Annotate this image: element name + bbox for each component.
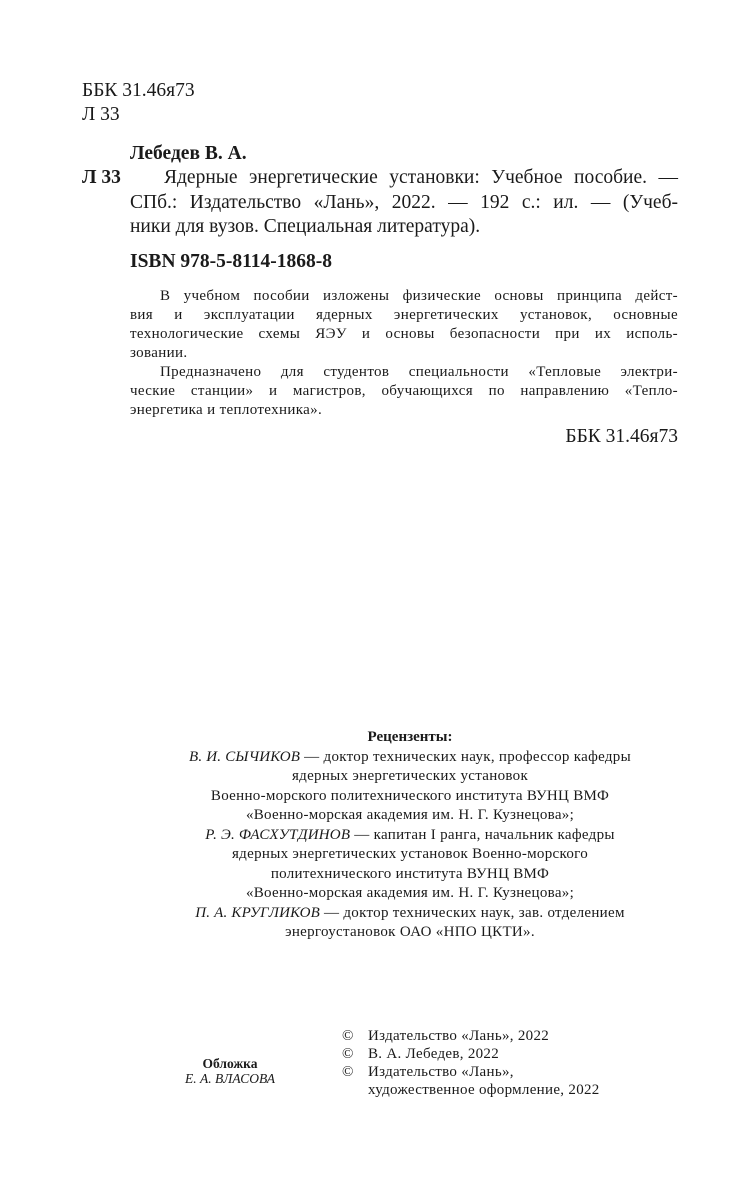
copyright-continuation: художественное оформление, 2022 (342, 1081, 600, 1099)
reviewer-line: ядерных энергетических установок (120, 767, 700, 787)
annotation-line: ческие станции» и магистров, обучающихся… (130, 382, 678, 401)
annotation-line: вия и эксплуатации ядерных энергетически… (130, 306, 678, 325)
biblio-line: Ядерные энергетические установки: Учебно… (130, 166, 678, 191)
isbn: ISBN 978-5-8114-1868-8 (130, 250, 332, 274)
reviewer-line: ядерных энергетических установок Военно-… (120, 845, 700, 865)
reviewer-title: — доктор технических наук, профессор каф… (300, 749, 631, 765)
biblio-line: ники для вузов. Специальная литература). (130, 215, 678, 240)
author-name: Лебедев В. А. (130, 142, 247, 166)
reviewer-line: «Военно-морская академия им. Н. Г. Кузне… (120, 884, 700, 904)
reviewer-title: — капитан I ранга, начальник кафедры (350, 827, 615, 843)
annotation-line: энергетика и теплотехника». (130, 401, 678, 420)
annotation-line: технологические схемы ЯЭУ и основы безоп… (130, 325, 678, 344)
reviewer-name: В. И. СЫЧИКОВ (189, 749, 300, 765)
reviewer-name: Р. Э. ФАСХУТДИНОВ (205, 827, 350, 843)
reviewer-title: — доктор технических наук, зав. отделени… (320, 905, 625, 921)
copyright-line: ©Издательство «Лань», 2022 (342, 1027, 600, 1045)
annotation-line: В учебном пособии изложены физические ос… (130, 287, 678, 306)
bbk-classification-bottom: ББК 31.46я73 (565, 425, 678, 449)
reviewer-line: «Военно-морская академия им. Н. Г. Кузне… (120, 806, 700, 826)
author-mark-top: Л 33 (82, 103, 120, 127)
bbk-classification-top: ББК 31.46я73 (82, 79, 195, 103)
reviewer-entry: П. А. КРУГЛИКОВ — доктор технических нау… (120, 904, 700, 924)
reviewer-line: политехнического института ВУНЦ ВМФ (120, 865, 700, 885)
copyright-icon: © (342, 1045, 368, 1063)
reviewer-line: Военно-морского политехнического институ… (120, 787, 700, 807)
reviewer-entry: Р. Э. ФАСХУТДИНОВ — капитан I ранга, нач… (120, 826, 700, 846)
reviewer-line: энергоустановок ОАО «НПО ЦКТИ». (120, 923, 700, 943)
reviewer-name: П. А. КРУГЛИКОВ (195, 905, 320, 921)
reviewers-heading: Рецензенты: (120, 728, 700, 748)
copyright-line: ©Издательство «Лань», (342, 1063, 600, 1081)
reviewer-entry: В. И. СЫЧИКОВ — доктор технических наук,… (120, 748, 700, 768)
reviewers-block: Рецензенты: В. И. СЫЧИКОВ — доктор техни… (120, 728, 700, 943)
annotation-line: зовании. (130, 344, 678, 363)
cover-label: Обложка (150, 1056, 310, 1071)
bibliographic-description: Ядерные энергетические установки: Учебно… (130, 166, 678, 240)
copyright-block: ©Издательство «Лань», 2022 ©В. А. Лебеде… (342, 1027, 600, 1099)
annotation-line: Предназначено для студентов специальност… (130, 363, 678, 382)
copyright-icon: © (342, 1063, 368, 1081)
copyright-icon: © (342, 1027, 368, 1045)
cover-credit: Обложка Е. А. ВЛАСОВА (150, 1056, 310, 1086)
copyright-text: В. А. Лебедев, 2022 (368, 1046, 499, 1062)
copyright-line: ©В. А. Лебедев, 2022 (342, 1045, 600, 1063)
cover-designer: Е. А. ВЛАСОВА (150, 1071, 310, 1086)
biblio-line: СПб.: Издательство «Лань», 2022. — 192 с… (130, 191, 678, 216)
author-mark: Л 33 (82, 166, 121, 190)
copyright-text: Издательство «Лань», 2022 (368, 1028, 549, 1044)
copyright-text: Издательство «Лань», (368, 1064, 514, 1080)
annotation: В учебном пособии изложены физические ос… (130, 287, 678, 420)
